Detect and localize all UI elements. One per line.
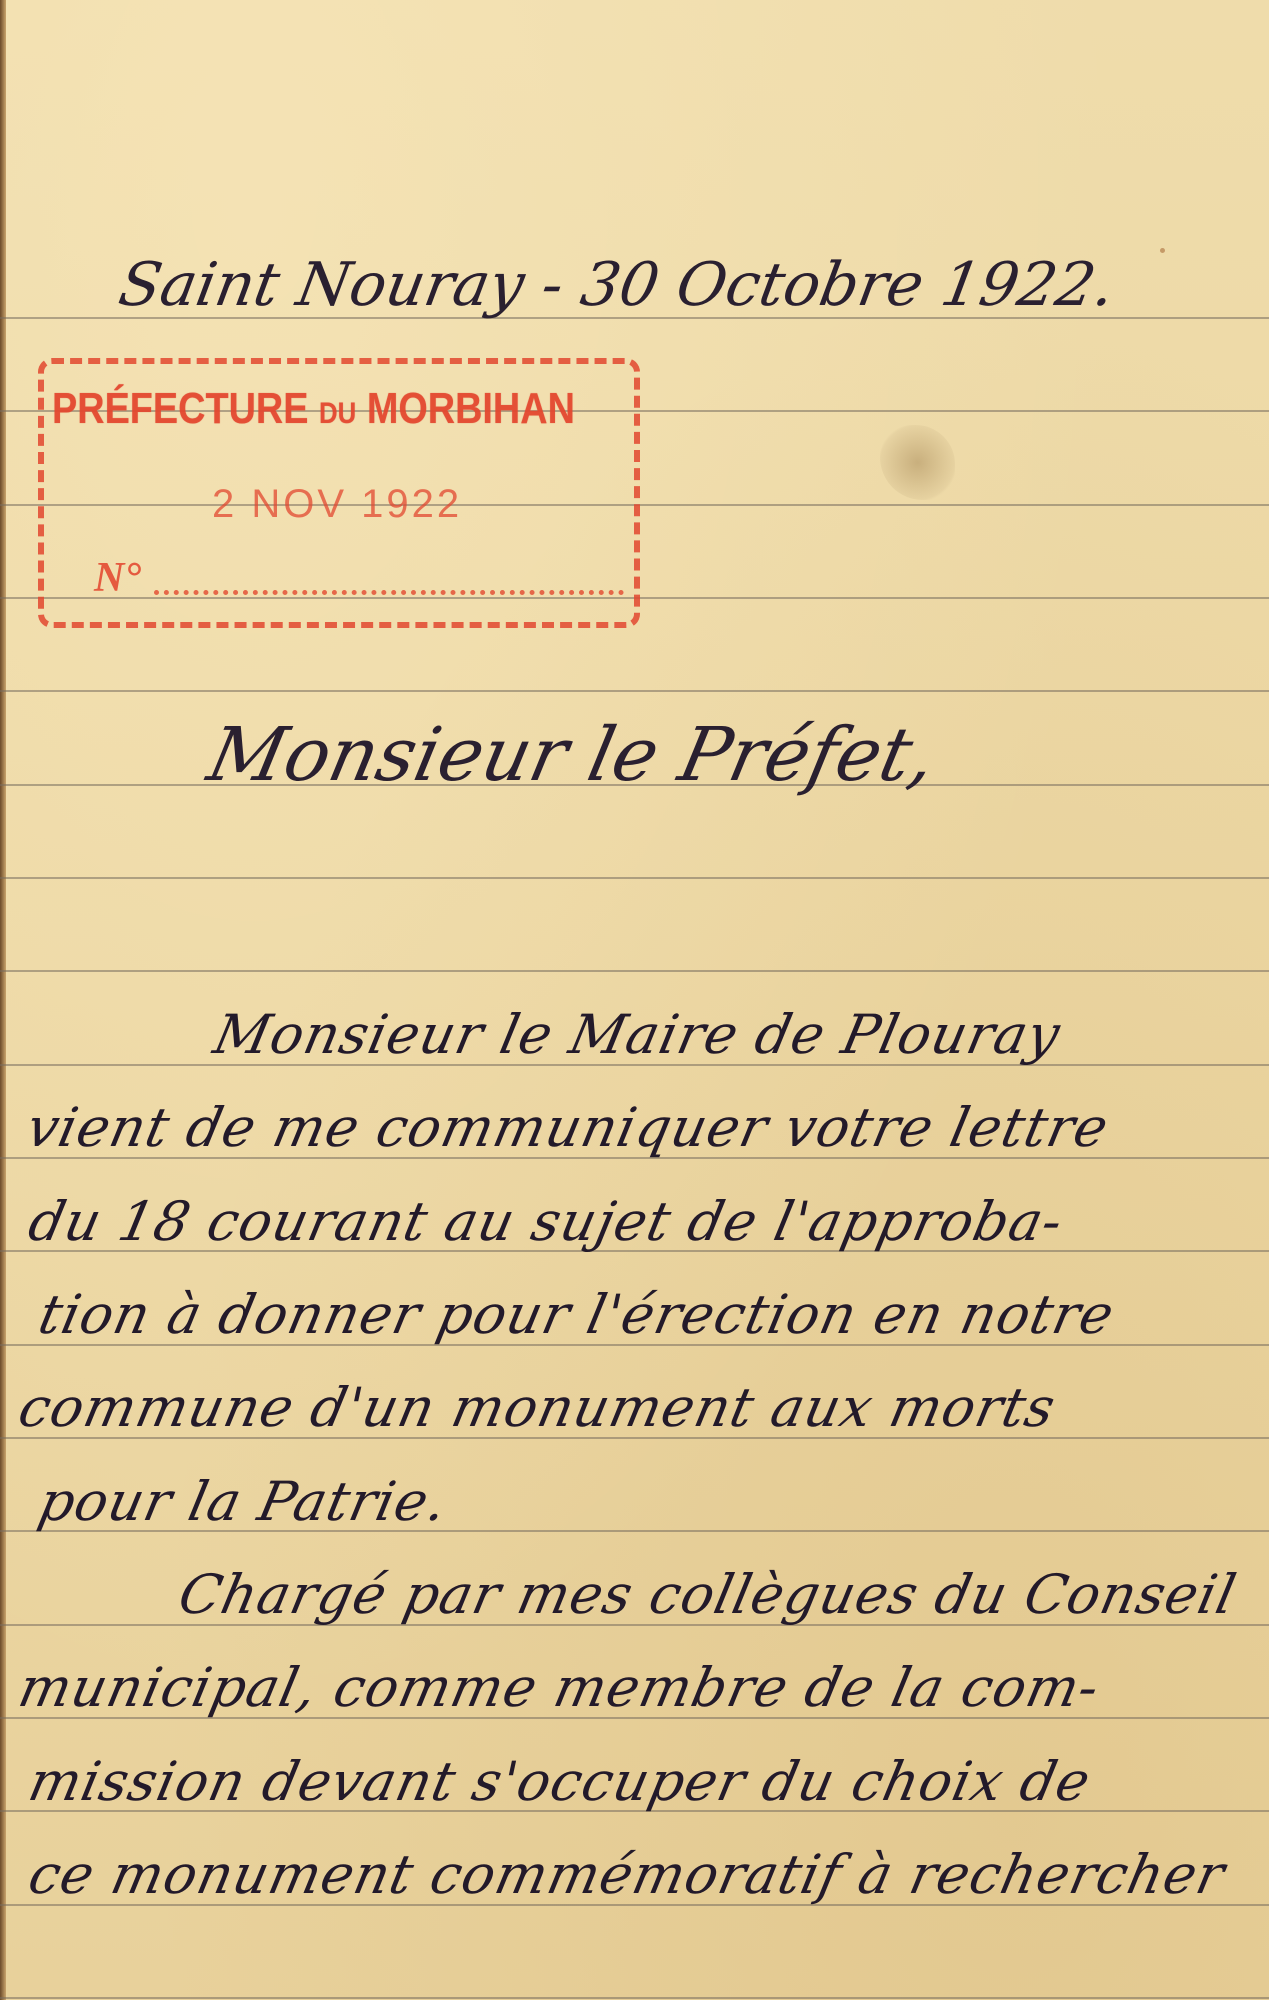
paper-speck — [1160, 248, 1165, 253]
ruled-line — [0, 970, 1269, 972]
salutation: Monsieur le Préfet, — [201, 712, 944, 798]
prefecture-stamp: PRÉFECTURE DU MORBIHAN 2 NOV 1922 N° — [38, 358, 640, 628]
page-edge — [0, 0, 6, 2000]
body-line: pour la Patrie. — [33, 1470, 453, 1533]
body-line: municipal, comme membre de la com- — [13, 1656, 1105, 1719]
body-line: du 18 courant au sujet de l'approba- — [23, 1190, 1069, 1253]
stamp-title-du: DU — [319, 397, 356, 430]
dateline: Saint Nouray - 30 Octobre 1922. — [114, 250, 1120, 320]
stamp-title-dept: MORBIHAN — [367, 384, 575, 433]
body-line: tion à donner pour l'érection en notre — [33, 1283, 1120, 1346]
ruled-line — [0, 1997, 1269, 1999]
body-line: mission devant s'occuper du choix de — [23, 1750, 1096, 1813]
body-line: ce monument commémoratif à rechercher — [23, 1843, 1231, 1906]
ruled-line — [0, 877, 1269, 879]
stamp-title-main: PRÉFECTURE — [52, 384, 308, 433]
letter-page: Saint Nouray - 30 Octobre 1922. PRÉFECTU… — [0, 0, 1269, 2000]
body-line: Chargé par mes collègues du Conseil — [173, 1563, 1242, 1626]
stamp-number-line — [154, 590, 624, 595]
ruled-line — [0, 690, 1269, 692]
stamp-date: 2 NOV 1922 — [212, 482, 462, 527]
stamp-title: PRÉFECTURE DU MORBIHAN — [52, 384, 551, 434]
body-line: vient de me communiquer votre lettre — [21, 1096, 1114, 1159]
body-line: commune d'un monument aux morts — [13, 1376, 1061, 1439]
paper-stain — [880, 425, 955, 500]
stamp-number-label: N° — [94, 554, 141, 602]
body-line: Monsieur le Maire de Plouray — [208, 1003, 1066, 1066]
